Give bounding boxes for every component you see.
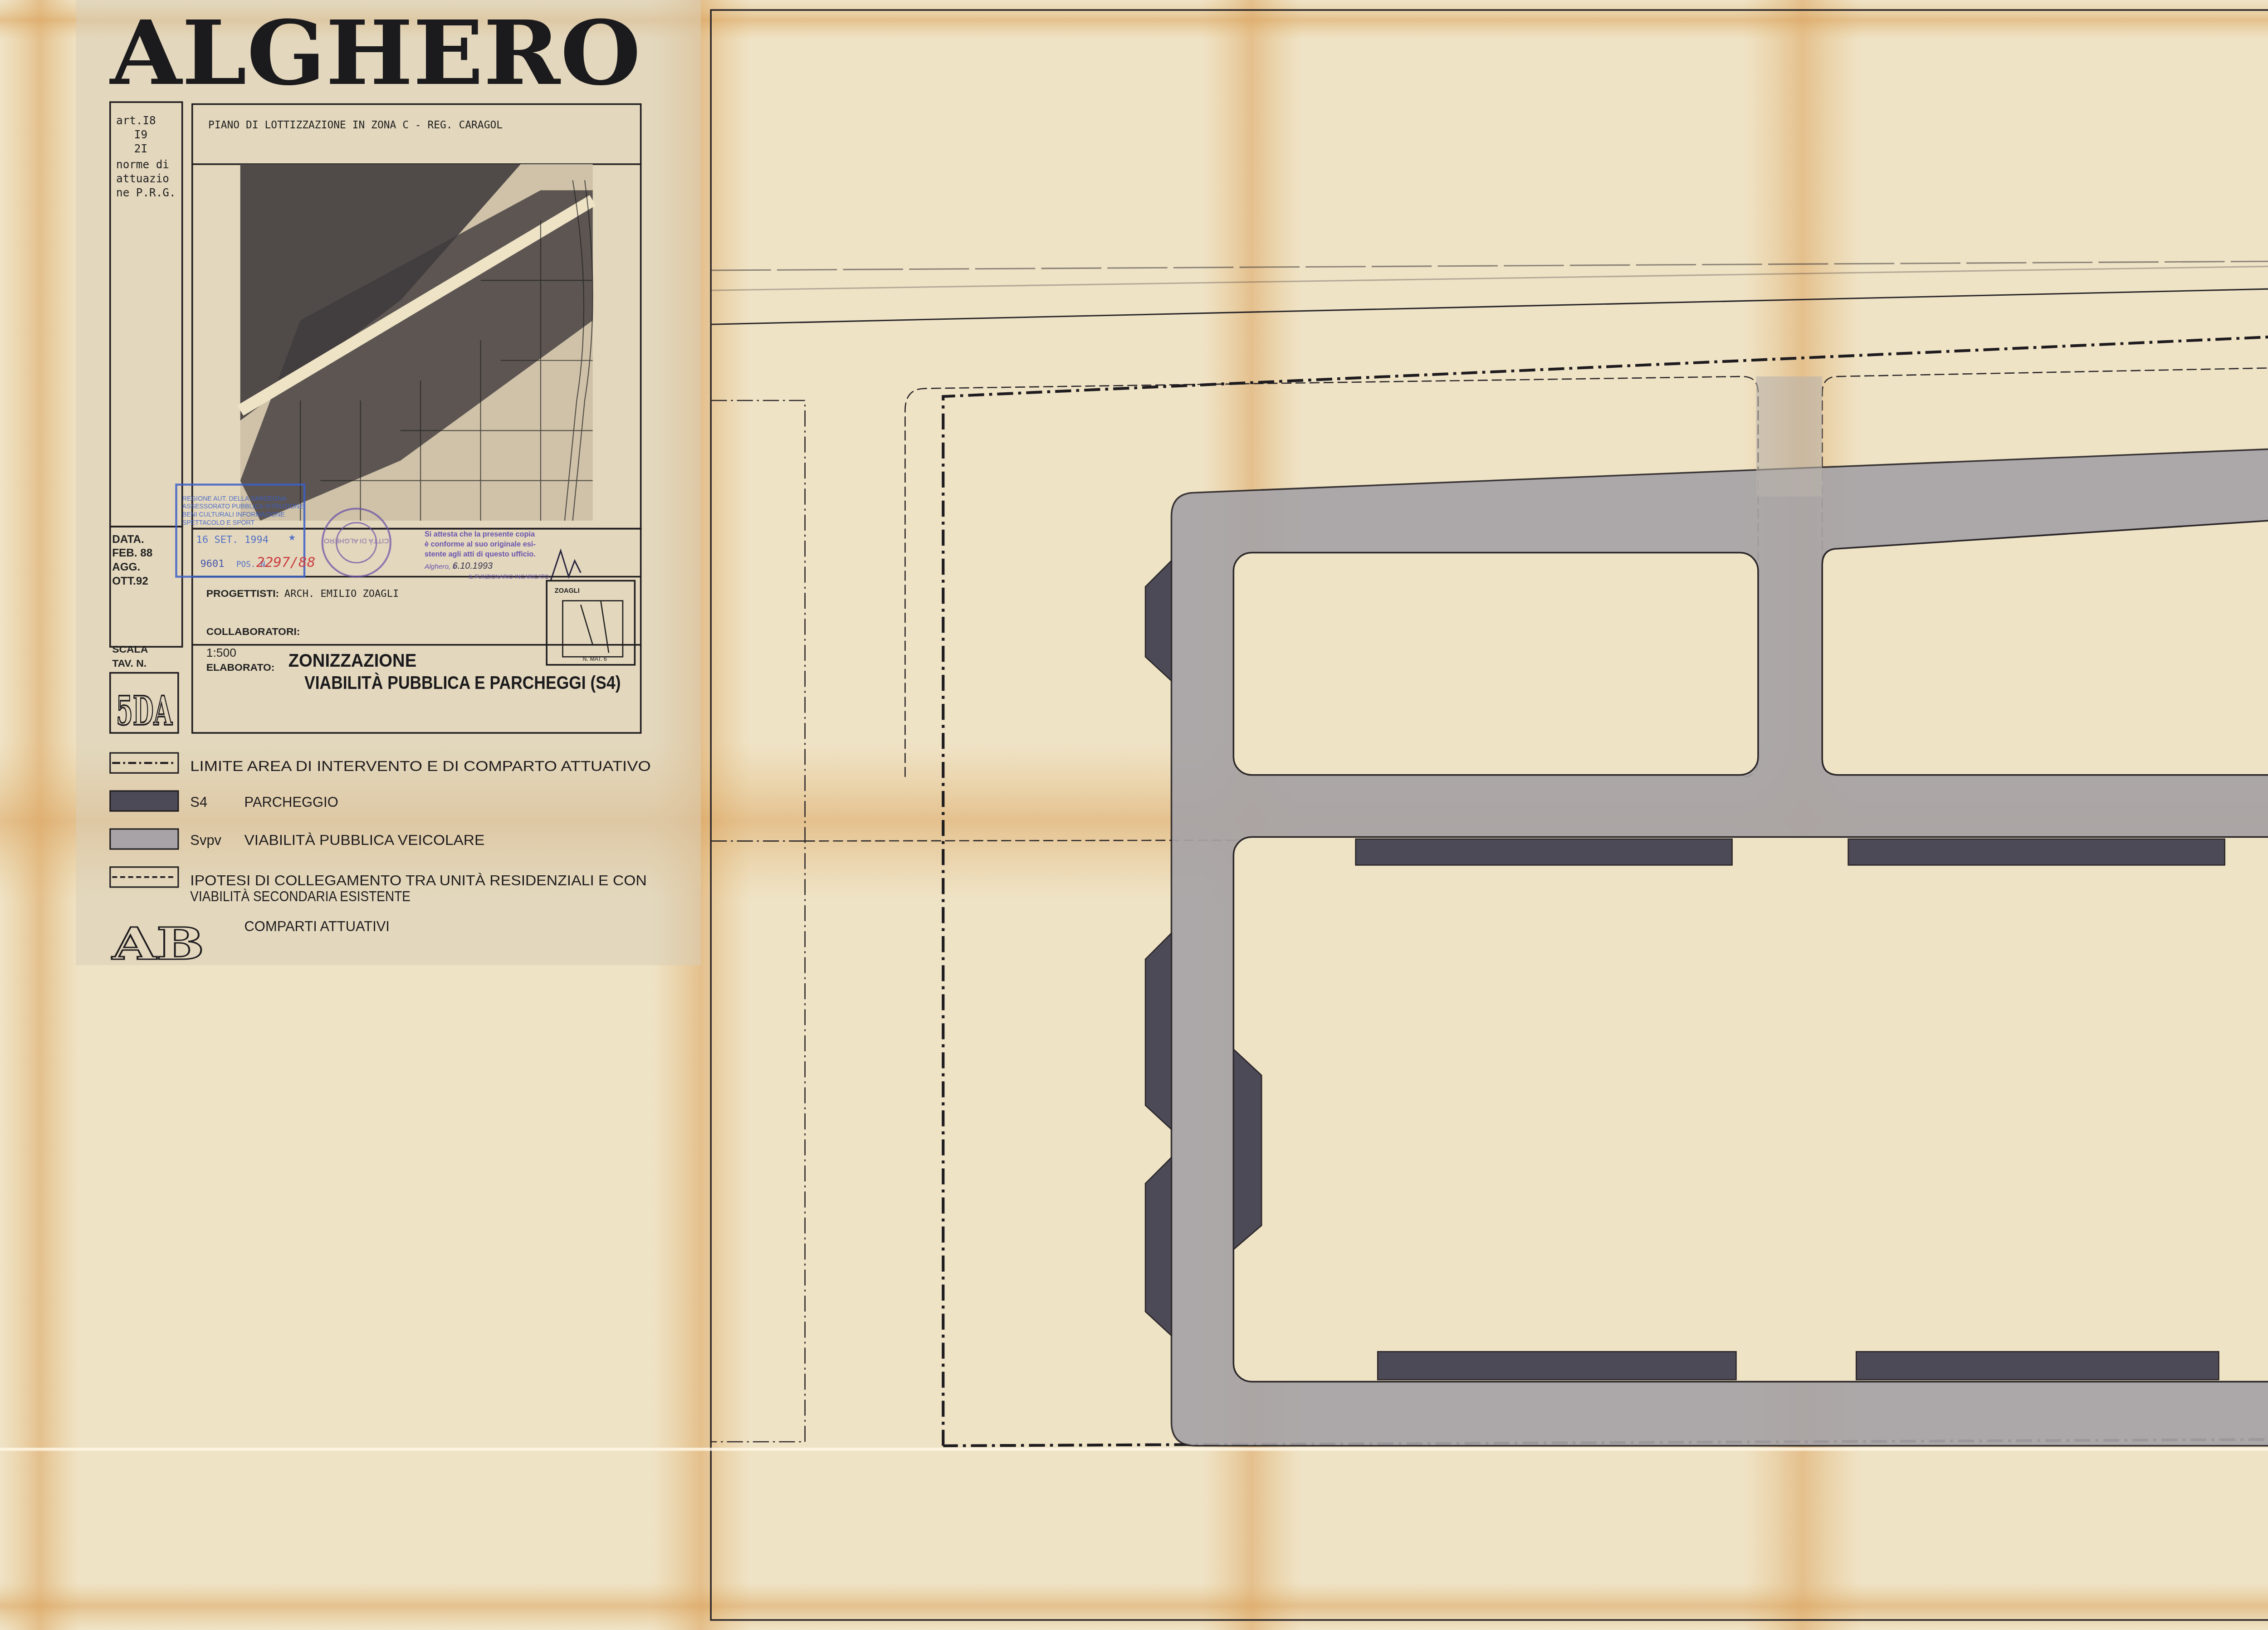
- scale-label: SCALA: [112, 643, 148, 655]
- drawing-title-1: ZONIZZAZIONE: [288, 651, 417, 671]
- norms-line: attuazio: [116, 172, 169, 185]
- legend-label: LIMITE AREA DI INTERVENTO E DI COMPARTO …: [190, 758, 650, 774]
- update-value: OTT.92: [112, 575, 148, 587]
- article-ref: I9: [134, 128, 147, 141]
- public-road-network: [1172, 376, 2268, 1446]
- designers-label: PROGETTISTI:: [206, 587, 279, 599]
- svg-text:ZOAGLI: ZOAGLI: [555, 587, 580, 595]
- norms-line: norme di: [116, 158, 169, 171]
- scale-value: 1:500: [206, 646, 236, 659]
- svg-text:è conforme al suo originale es: è conforme al suo originale esi-: [425, 540, 536, 548]
- position-number: 2297/88: [256, 554, 315, 571]
- drawing-sheet: ALGHERO art.I8 I9 2I norme di attuazio n…: [0, 0, 2268, 1630]
- legend-label: VIABILITÀ SECONDARIA ESISTENTE: [190, 888, 411, 904]
- article-ref: art.I8: [116, 114, 156, 127]
- designers-value: ARCH. EMILIO ZOAGLI: [284, 588, 399, 600]
- compartment-symbol: AB: [112, 918, 204, 970]
- legend-label: VIABILITÀ PUBBLICA VEICOLARE: [244, 832, 485, 848]
- drawing-label: ELABORATO:: [206, 661, 275, 673]
- scan-artifact: [0, 1448, 2268, 1451]
- legend-label: COMPARTI ATTUATIVI: [244, 918, 390, 934]
- date-value: FEB. 88: [112, 547, 152, 559]
- legend-code: S4: [190, 794, 207, 810]
- road-swatch: [110, 829, 178, 849]
- update-label: AGG.: [112, 561, 140, 573]
- city-title: ALGHERO: [109, 1, 641, 105]
- stamp-date: 16 SET. 1994: [196, 534, 269, 546]
- title-block: ALGHERO art.I8 I9 2I norme di attuazio n…: [76, 0, 701, 970]
- svg-text:IL FUNZIONARIO INCARICATO: IL FUNZIONARIO INCARICATO: [469, 574, 549, 580]
- project-title: PIANO DI LOTTIZZAZIONE IN ZONA C - REG. …: [208, 119, 503, 131]
- protocol-number: 9601: [200, 558, 224, 570]
- svg-text:ASSESSORATO PUBBLICA ISTRUZION: ASSESSORATO PUBBLICA ISTRUZIONE: [182, 503, 304, 510]
- parking-swatch: [110, 791, 178, 811]
- legend-label: PARCHEGGIO: [244, 794, 338, 810]
- svg-text:REGIONE AUT. DELLA SARDEGNA: REGIONE AUT. DELLA SARDEGNA: [182, 495, 287, 502]
- article-ref: 2I: [134, 142, 147, 155]
- svg-text:CITTÀ DI ALGHERO: CITTÀ DI ALGHERO: [324, 537, 389, 545]
- legend-label: IPOTESI DI COLLEGAMENTO TRA UNITÀ RESIDE…: [190, 873, 647, 888]
- collaborators-label: COLLABORATORI:: [206, 625, 300, 637]
- key-plan-thumbnail: [240, 164, 593, 521]
- svg-text:stente agli atti di questo uff: stente agli atti di questo ufficio.: [425, 550, 536, 558]
- svg-text:Si attesta che la presente cop: Si attesta che la presente copia: [425, 530, 535, 538]
- star-icon: ★: [288, 530, 296, 544]
- svg-text:SPETTACOLO E SPORT: SPETTACOLO E SPORT: [182, 519, 255, 526]
- norms-line: ne P.R.G.: [116, 186, 176, 199]
- legend-code: Svpv: [190, 832, 221, 848]
- drawing-title-2: VIABILITÀ PUBBLICA E PARCHEGGI (S4): [304, 673, 621, 693]
- sheet-number: 5DA: [116, 687, 173, 734]
- svg-text:Alghero, li: Alghero, li: [424, 563, 456, 571]
- svg-text:BENI CULTURALI INFORMAZIONE: BENI CULTURALI INFORMAZIONE: [182, 511, 285, 518]
- attestation-date: 6.10.1993: [453, 561, 493, 571]
- sheet-label: TAV. N.: [112, 657, 147, 669]
- date-label: DATA.: [112, 533, 144, 546]
- svg-text:N. MAT. 6: N. MAT. 6: [583, 656, 607, 662]
